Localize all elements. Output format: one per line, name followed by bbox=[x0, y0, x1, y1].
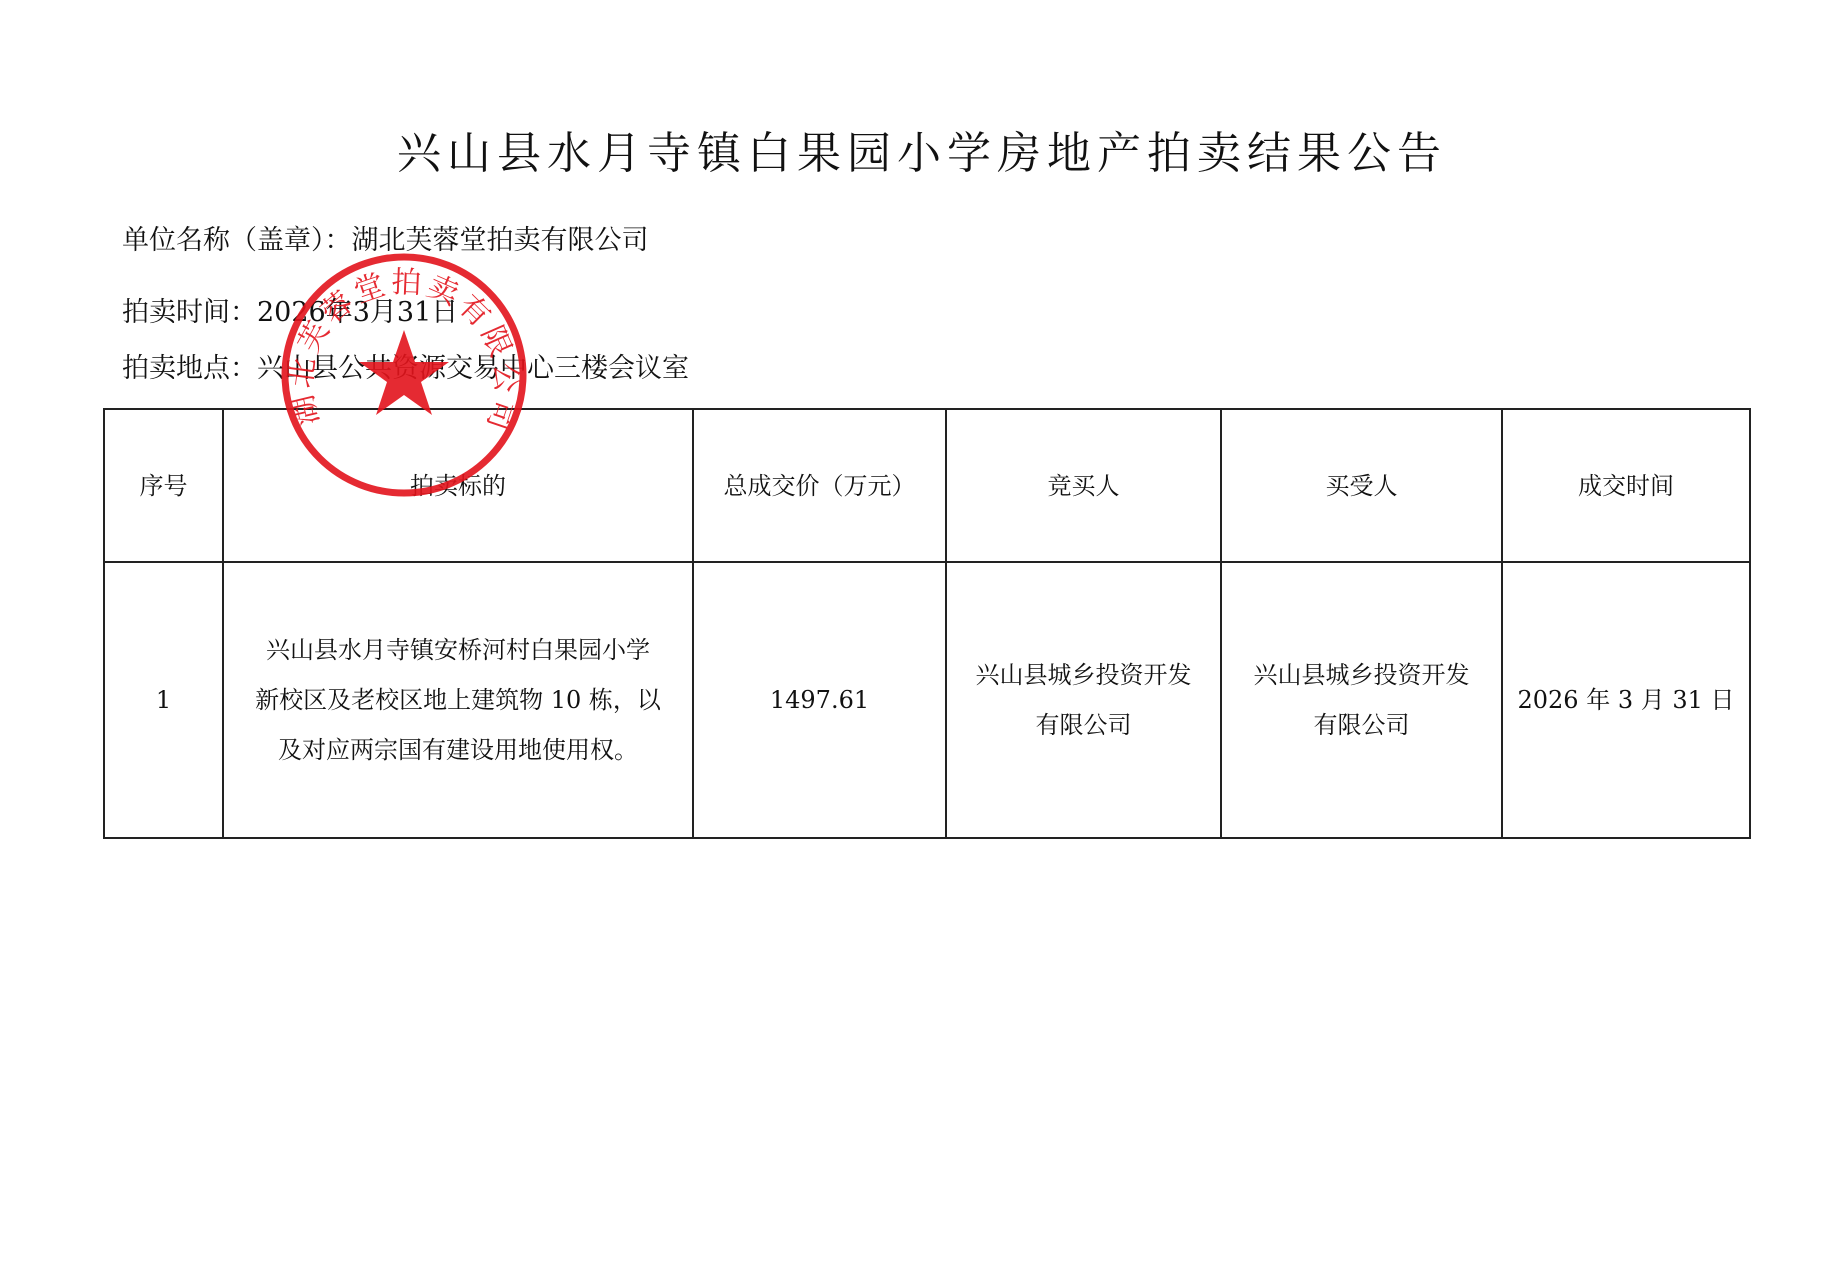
page-title: 兴山县水月寺镇白果园小学房地产拍卖结果公告 bbox=[0, 126, 1844, 182]
cell-no: 1 bbox=[104, 562, 223, 838]
buyer-line: 有限公司 bbox=[1236, 700, 1487, 750]
header-date: 成交时间 bbox=[1502, 409, 1750, 562]
table-row: 1 兴山县水月寺镇安桥河村白果园小学 新校区及老校区地上建筑物 10 栋，以 及… bbox=[104, 562, 1750, 838]
bidder-line: 兴山县城乡投资开发 bbox=[961, 650, 1206, 700]
unit-name-label: 单位名称（盖章）： bbox=[122, 225, 352, 256]
unit-name-value: 湖北芙蓉堂拍卖有限公司 bbox=[352, 225, 649, 256]
subject-line: 兴山县水月寺镇安桥河村白果园小学 bbox=[238, 625, 678, 675]
cell-buyer: 兴山县城乡投资开发 有限公司 bbox=[1221, 562, 1502, 838]
auction-place-value: 兴山县公共资源交易中心三楼会议室 bbox=[257, 353, 689, 384]
cell-price: 1497.61 bbox=[693, 562, 946, 838]
subject-line: 及对应两宗国有建设用地使用权。 bbox=[238, 725, 678, 775]
announcement-page: 兴山县水月寺镇白果园小学房地产拍卖结果公告 单位名称（盖章）：湖北芙蓉堂拍卖有限… bbox=[0, 0, 1844, 1279]
buyer-line: 兴山县城乡投资开发 bbox=[1236, 650, 1487, 700]
auction-time-label: 拍卖时间： bbox=[122, 297, 257, 328]
subject-line: 新校区及老校区地上建筑物 10 栋，以 bbox=[238, 675, 678, 725]
header-bidder: 竞买人 bbox=[946, 409, 1221, 562]
auction-time-value: 2026年3月31日 bbox=[257, 297, 458, 328]
header-subject: 拍卖标的 bbox=[223, 409, 693, 562]
info-auction-time: 拍卖时间：2026年3月31日 bbox=[122, 296, 458, 330]
cell-date: 2026 年 3 月 31 日 bbox=[1502, 562, 1750, 838]
table-header-row: 序号 拍卖标的 总成交价（万元） 竞买人 买受人 成交时间 bbox=[104, 409, 1750, 562]
cell-bidder: 兴山县城乡投资开发 有限公司 bbox=[946, 562, 1221, 838]
header-no: 序号 bbox=[104, 409, 223, 562]
cell-subject: 兴山县水月寺镇安桥河村白果园小学 新校区及老校区地上建筑物 10 栋，以 及对应… bbox=[223, 562, 693, 838]
auction-results-table: 序号 拍卖标的 总成交价（万元） 竞买人 买受人 成交时间 1 兴山县水月寺镇安… bbox=[103, 408, 1751, 839]
header-price: 总成交价（万元） bbox=[693, 409, 946, 562]
info-unit-name: 单位名称（盖章）：湖北芙蓉堂拍卖有限公司 bbox=[122, 224, 649, 258]
header-buyer: 买受人 bbox=[1221, 409, 1502, 562]
bidder-line: 有限公司 bbox=[961, 700, 1206, 750]
auction-place-label: 拍卖地点： bbox=[122, 353, 257, 384]
info-auction-place: 拍卖地点：兴山县公共资源交易中心三楼会议室 bbox=[122, 352, 689, 386]
